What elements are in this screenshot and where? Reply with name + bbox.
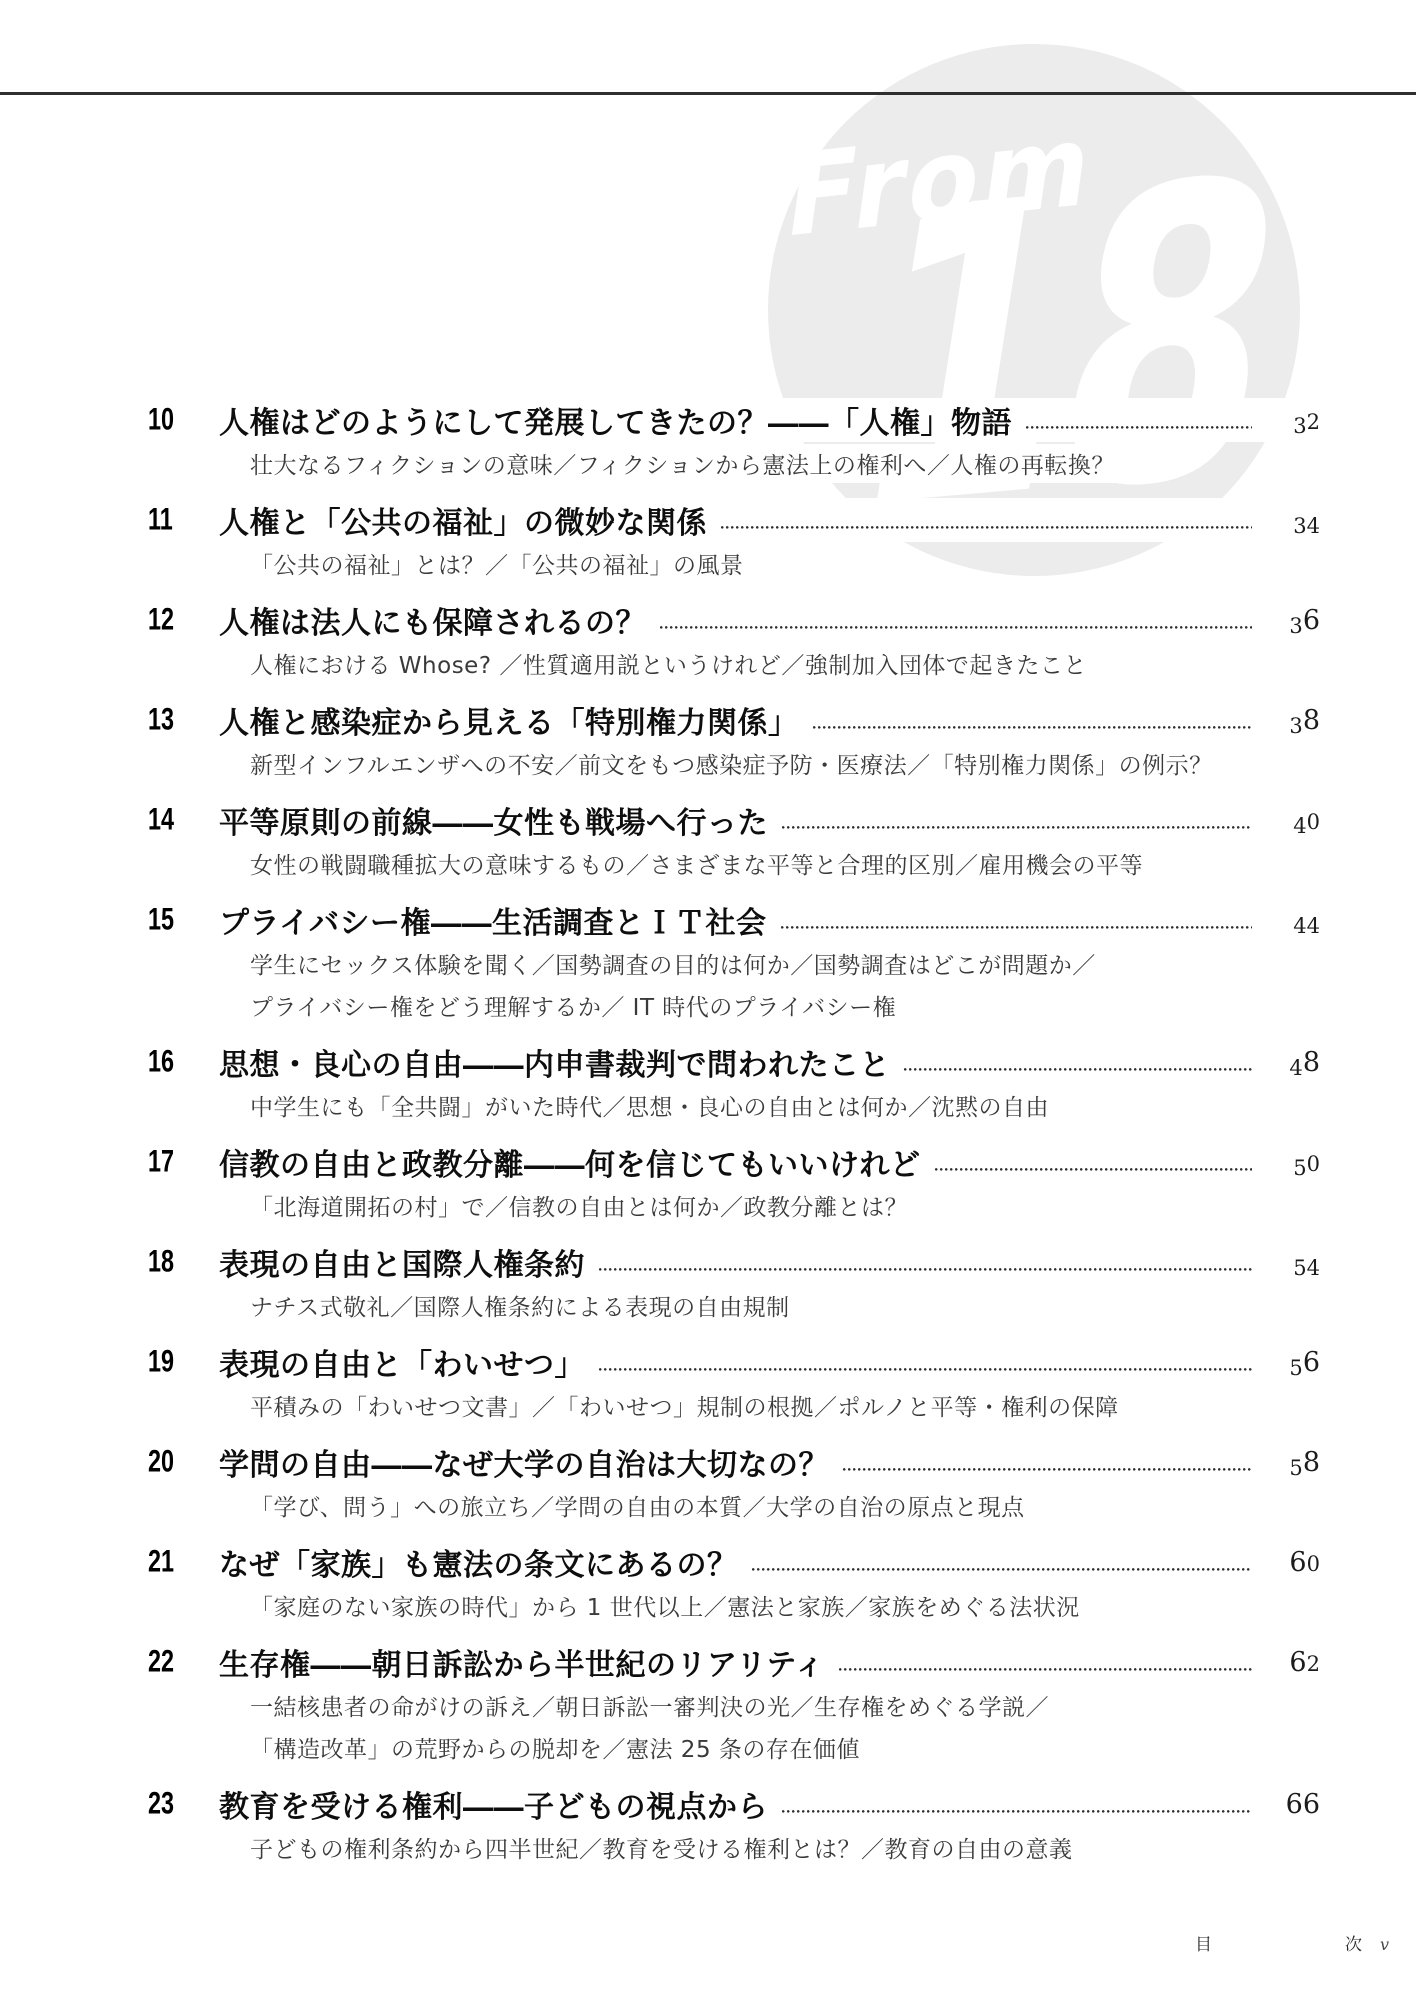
- entry-page-number: 50: [1264, 1147, 1320, 1178]
- entry-page-number: 36: [1264, 605, 1320, 636]
- dot-leader: [660, 626, 1252, 629]
- page-footer: 目 次v: [1195, 1930, 1389, 1955]
- toc-entry: 18 表現の自由と国際人権条約 54 ナチス式敬礼／国際人権条約による表現の自由…: [148, 1240, 1320, 1326]
- toc-entry-title-row: 13 人権と感染症から見える「特別権力関係」 38: [148, 698, 1320, 742]
- toc-entry: 21 なぜ「家族」も憲法の条文にあるの？ 60 「家庭のない家族の時代」から 1…: [148, 1540, 1320, 1626]
- toc-entry-subtitle: 一結核患者の命がけの訴え／朝日訴訟一審判決の光／生存権をめぐる学説／: [248, 1684, 1320, 1726]
- toc-entry-subtitles: 学生にセックス体験を聞く／国勢調査の目的は何か／国勢調査はどこが問題か／プライバ…: [248, 942, 1320, 1026]
- toc-entry-subtitles: 人権における Whose? ／性質適用説というけれど／強制加入団体で起きたこと: [248, 642, 1320, 684]
- toc-entry-title-row: 18 表現の自由と国際人権条約 54: [148, 1240, 1320, 1284]
- toc-entry: 14 平等原則の前線――女性も戦場へ行った 40 女性の戦闘職種拡大の意味するも…: [148, 798, 1320, 884]
- toc-list: 10 人権はどのようにして発展してきたの？――「人権」物語 32 壮大なるフィク…: [148, 398, 1320, 1882]
- entry-page-number: 58: [1264, 1447, 1320, 1478]
- subtitle-text: 女性の戦闘職種拡大の意味するもの／さまざまな平等と合理的区別／雇用機会の平等: [248, 844, 1148, 883]
- subtitle-text: プライバシー権をどう理解するか／ IT 時代のプライバシー権: [248, 986, 901, 1025]
- entry-title: なぜ「家族」も憲法の条文にあるの？: [219, 1540, 738, 1584]
- toc-entry: 12 人権は法人にも保障されるの？ 36 人権における Whose? ／性質適用…: [148, 598, 1320, 684]
- entry-number: 15: [148, 902, 203, 937]
- entry-number: 19: [148, 1344, 203, 1379]
- toc-entry-subtitle: 人権における Whose? ／性質適用説というけれど／強制加入団体で起きたこと: [248, 642, 1320, 684]
- subtitle-text: 人権における Whose? ／性質適用説というけれど／強制加入団体で起きたこと: [248, 644, 1092, 683]
- subtitle-text: ナチス式敬礼／国際人権条約による表現の自由規制: [248, 1286, 795, 1325]
- toc-entry-title-row: 19 表現の自由と「わいせつ」 56: [148, 1340, 1320, 1384]
- subtitle-text: 中学生にも「全共闘」がいた時代／思想・良心の自由とは何か／沈黙の自由: [248, 1086, 1054, 1125]
- entry-title: 思想・良心の自由――内申書裁判で問われたこと: [219, 1040, 890, 1084]
- toc-entry-subtitle: 「学び、問う」への旅立ち／学問の自由の本質／大学の自治の原点と現点: [248, 1484, 1320, 1526]
- toc-entry-title-row: 15 プライバシー権――生活調査とＩＴ社会 44: [148, 898, 1320, 942]
- entry-page-number: 54: [1264, 1247, 1320, 1278]
- dot-leader: [935, 1168, 1253, 1171]
- entry-title: 表現の自由と国際人権条約: [219, 1240, 585, 1284]
- toc-entry-subtitle: 子どもの権利条約から四半世紀／教育を受ける権利とは？／教育の自由の意義: [248, 1826, 1320, 1868]
- entry-number: 21: [148, 1544, 203, 1579]
- toc-entry-subtitles: 新型インフルエンザへの不安／前文をもつ感染症予防・医療法／「特別権力関係」の例示…: [248, 742, 1320, 784]
- toc-entry-subtitle: 「家庭のない家族の時代」から 1 世代以上／憲法と家族／家族をめぐる法状況: [248, 1584, 1320, 1626]
- toc-entry-subtitles: 中学生にも「全共闘」がいた時代／思想・良心の自由とは何か／沈黙の自由: [248, 1084, 1320, 1126]
- top-rule-divider: [0, 92, 1416, 95]
- toc-entry: 19 表現の自由と「わいせつ」 56 平積みの「わいせつ文書」／「わいせつ」規制…: [148, 1340, 1320, 1426]
- entry-number: 22: [148, 1644, 203, 1679]
- toc-entry: 22 生存権――朝日訴訟から半世紀のリアリティ 62 一結核患者の命がけの訴え／…: [148, 1640, 1320, 1768]
- toc-entry: 23 教育を受ける権利――子どもの視点から 66 子どもの権利条約から四半世紀／…: [148, 1782, 1320, 1868]
- entry-title: 平等原則の前線――女性も戦場へ行った: [219, 798, 768, 842]
- toc-entry: 16 思想・良心の自由――内申書裁判で問われたこと 48 中学生にも「全共闘」が…: [148, 1040, 1320, 1126]
- entry-title: 学問の自由――なぜ大学の自治は大切なの？: [219, 1440, 829, 1484]
- toc-entry-subtitle: 「構造改革」の荒野からの脱却を／憲法 25 条の存在価値: [248, 1726, 1320, 1768]
- toc-entry-subtitles: 「北海道開拓の村」で／信教の自由とは何か／政教分離とは？: [248, 1184, 1320, 1226]
- toc-entry-subtitles: 女性の戦闘職種拡大の意味するもの／さまざまな平等と合理的区別／雇用機会の平等: [248, 842, 1320, 884]
- entry-number: 20: [148, 1444, 203, 1479]
- entry-number: 12: [148, 602, 203, 637]
- entry-page-number: 44: [1264, 905, 1320, 936]
- toc-entry-title-row: 20 学問の自由――なぜ大学の自治は大切なの？ 58: [148, 1440, 1320, 1484]
- entry-number: 23: [148, 1786, 203, 1821]
- subtitle-text: 「公共の福祉」とは？／「公共の福祉」の風景: [248, 544, 749, 583]
- entry-page-number: 60: [1264, 1547, 1320, 1578]
- toc-entry-subtitle: 学生にセックス体験を聞く／国勢調査の目的は何か／国勢調査はどこが問題か／: [248, 942, 1320, 984]
- entry-number: 17: [148, 1144, 203, 1179]
- entry-page-number: 40: [1264, 805, 1320, 836]
- toc-entry-title-row: 16 思想・良心の自由――内申書裁判で問われたこと 48: [148, 1040, 1320, 1084]
- toc-entry-subtitle: 壮大なるフィクションの意味／フィクションから憲法上の権利へ／人権の再転換？: [248, 442, 1320, 484]
- toc-entry-subtitles: 「学び、問う」への旅立ち／学問の自由の本質／大学の自治の原点と現点: [248, 1484, 1320, 1526]
- entry-title: プライバシー権――生活調査とＩＴ社会: [219, 898, 767, 942]
- entry-page-number: 56: [1264, 1347, 1320, 1378]
- entry-page-number: 32: [1264, 405, 1320, 436]
- toc-entry-title-row: 23 教育を受ける権利――子どもの視点から 66: [148, 1782, 1320, 1826]
- subtitle-text: 「学び、問う」への旅立ち／学問の自由の本質／大学の自治の原点と現点: [248, 1486, 1030, 1525]
- entry-title: 信教の自由と政教分離――何を信じてもいいけれど: [219, 1140, 921, 1184]
- subtitle-text: 「北海道開拓の村」で／信教の自由とは何か／政教分離とは？: [248, 1186, 913, 1225]
- dot-leader: [1026, 426, 1252, 429]
- toc-entry-subtitle: 中学生にも「全共闘」がいた時代／思想・良心の自由とは何か／沈黙の自由: [248, 1084, 1320, 1126]
- entry-title: 人権と「公共の福祉」の微妙な関係: [219, 498, 707, 542]
- entry-page-number: 66: [1264, 1789, 1320, 1820]
- subtitle-text: 新型インフルエンザへの不安／前文をもつ感染症予防・医療法／「特別権力関係」の例示…: [248, 744, 1218, 783]
- dot-leader: [721, 526, 1252, 529]
- toc-entry-subtitles: 一結核患者の命がけの訴え／朝日訴訟一審判決の光／生存権をめぐる学説／「構造改革」…: [248, 1684, 1320, 1768]
- entry-number: 14: [148, 802, 203, 837]
- toc-entry-subtitle: プライバシー権をどう理解するか／ IT 時代のプライバシー権: [248, 984, 1320, 1026]
- entry-title: 表現の自由と「わいせつ」: [219, 1340, 585, 1384]
- toc-entry: 11 人権と「公共の福祉」の微妙な関係 34 「公共の福祉」とは？／「公共の福祉…: [148, 498, 1320, 584]
- dot-leader: [843, 1468, 1252, 1471]
- dot-leader: [839, 1668, 1252, 1671]
- dot-leader: [782, 826, 1252, 829]
- dot-leader: [599, 1268, 1252, 1271]
- toc-entry: 10 人権はどのようにして発展してきたの？――「人権」物語 32 壮大なるフィク…: [148, 398, 1320, 484]
- subtitle-text: 「構造改革」の荒野からの脱却を／憲法 25 条の存在価値: [248, 1728, 865, 1767]
- toc-entry-subtitles: 子どもの権利条約から四半世紀／教育を受ける権利とは？／教育の自由の意義: [248, 1826, 1320, 1868]
- dot-leader: [599, 1368, 1252, 1371]
- entry-number: 16: [148, 1044, 203, 1079]
- book-toc-page: From 18 10 人権はどのようにして発展してきたの？――「人権」物語 32…: [0, 0, 1416, 2000]
- entry-page-number: 62: [1264, 1647, 1320, 1678]
- toc-entry-subtitles: 「家庭のない家族の時代」から 1 世代以上／憲法と家族／家族をめぐる法状況: [248, 1584, 1320, 1626]
- dot-leader: [904, 1068, 1252, 1071]
- dot-leader: [781, 926, 1253, 929]
- toc-entry-subtitle: 新型インフルエンザへの不安／前文をもつ感染症予防・医療法／「特別権力関係」の例示…: [248, 742, 1320, 784]
- toc-entry-title-row: 14 平等原則の前線――女性も戦場へ行った 40: [148, 798, 1320, 842]
- dot-leader: [813, 726, 1253, 729]
- entry-page-number: 48: [1264, 1047, 1320, 1078]
- dot-leader: [752, 1568, 1253, 1571]
- toc-entry-subtitle: 「北海道開拓の村」で／信教の自由とは何か／政教分離とは？: [248, 1184, 1320, 1226]
- toc-entry-subtitles: ナチス式敬礼／国際人権条約による表現の自由規制: [248, 1284, 1320, 1326]
- footer-page-number: v: [1380, 1935, 1389, 1954]
- toc-entry: 20 学問の自由――なぜ大学の自治は大切なの？ 58 「学び、問う」への旅立ち／…: [148, 1440, 1320, 1526]
- subtitle-text: 「家庭のない家族の時代」から 1 世代以上／憲法と家族／家族をめぐる法状況: [248, 1586, 1085, 1625]
- entry-title: 教育を受ける権利――子どもの視点から: [219, 1782, 768, 1826]
- toc-entry-subtitle: 「公共の福祉」とは？／「公共の福祉」の風景: [248, 542, 1320, 584]
- dot-leader: [782, 1810, 1252, 1813]
- entry-page-number: 38: [1264, 705, 1320, 736]
- entry-number: 11: [148, 502, 203, 537]
- toc-entry-subtitles: 「公共の福祉」とは？／「公共の福祉」の風景: [248, 542, 1320, 584]
- toc-entry-subtitles: 平積みの「わいせつ文書」／「わいせつ」規制の根拠／ポルノと平等・権利の保障: [248, 1384, 1320, 1426]
- toc-entry-title-row: 21 なぜ「家族」も憲法の条文にあるの？ 60: [148, 1540, 1320, 1584]
- toc-entry-title-row: 10 人権はどのようにして発展してきたの？――「人権」物語 32: [148, 398, 1320, 442]
- toc-entry-subtitle: 女性の戦闘職種拡大の意味するもの／さまざまな平等と合理的区別／雇用機会の平等: [248, 842, 1320, 884]
- toc-entry: 17 信教の自由と政教分離――何を信じてもいいけれど 50 「北海道開拓の村」で…: [148, 1140, 1320, 1226]
- entry-title: 人権はどのようにして発展してきたの？――「人権」物語: [219, 398, 1012, 442]
- entry-title: 人権と感染症から見える「特別権力関係」: [219, 698, 799, 742]
- entry-page-number: 34: [1264, 505, 1320, 536]
- toc-entry-title-row: 12 人権は法人にも保障されるの？ 36: [148, 598, 1320, 642]
- entry-number: 18: [148, 1244, 203, 1279]
- subtitle-text: 壮大なるフィクションの意味／フィクションから憲法上の権利へ／人権の再転換？: [248, 444, 1120, 483]
- subtitle-text: 学生にセックス体験を聞く／国勢調査の目的は何か／国勢調査はどこが問題か／: [248, 944, 1101, 983]
- toc-entry-title-row: 11 人権と「公共の福祉」の微妙な関係 34: [148, 498, 1320, 542]
- subtitle-text: 子どもの権利条約から四半世紀／教育を受ける権利とは？／教育の自由の意義: [248, 1828, 1078, 1867]
- entry-number: 13: [148, 702, 203, 737]
- entry-number: 10: [148, 402, 203, 437]
- entry-title: 生存権――朝日訴訟から半世紀のリアリティ: [219, 1640, 825, 1684]
- toc-entry-subtitle: ナチス式敬礼／国際人権条約による表現の自由規制: [248, 1284, 1320, 1326]
- entry-title: 人権は法人にも保障されるの？: [219, 598, 646, 642]
- toc-entry: 15 プライバシー権――生活調査とＩＴ社会 44 学生にセックス体験を聞く／国勢…: [148, 898, 1320, 1026]
- subtitle-text: 一結核患者の命がけの訴え／朝日訴訟一審判決の光／生存権をめぐる学説／: [248, 1686, 1054, 1725]
- toc-entry-subtitle: 平積みの「わいせつ文書」／「わいせつ」規制の根拠／ポルノと平等・権利の保障: [248, 1384, 1320, 1426]
- toc-entry-title-row: 17 信教の自由と政教分離――何を信じてもいいけれど 50: [148, 1140, 1320, 1184]
- toc-entry-subtitles: 壮大なるフィクションの意味／フィクションから憲法上の権利へ／人権の再転換？: [248, 442, 1320, 484]
- subtitle-text: 平積みの「わいせつ文書」／「わいせつ」規制の根拠／ポルノと平等・権利の保障: [248, 1386, 1124, 1425]
- toc-entry-title-row: 22 生存権――朝日訴訟から半世紀のリアリティ 62: [148, 1640, 1320, 1684]
- toc-entry: 13 人権と感染症から見える「特別権力関係」 38 新型インフルエンザへの不安／…: [148, 698, 1320, 784]
